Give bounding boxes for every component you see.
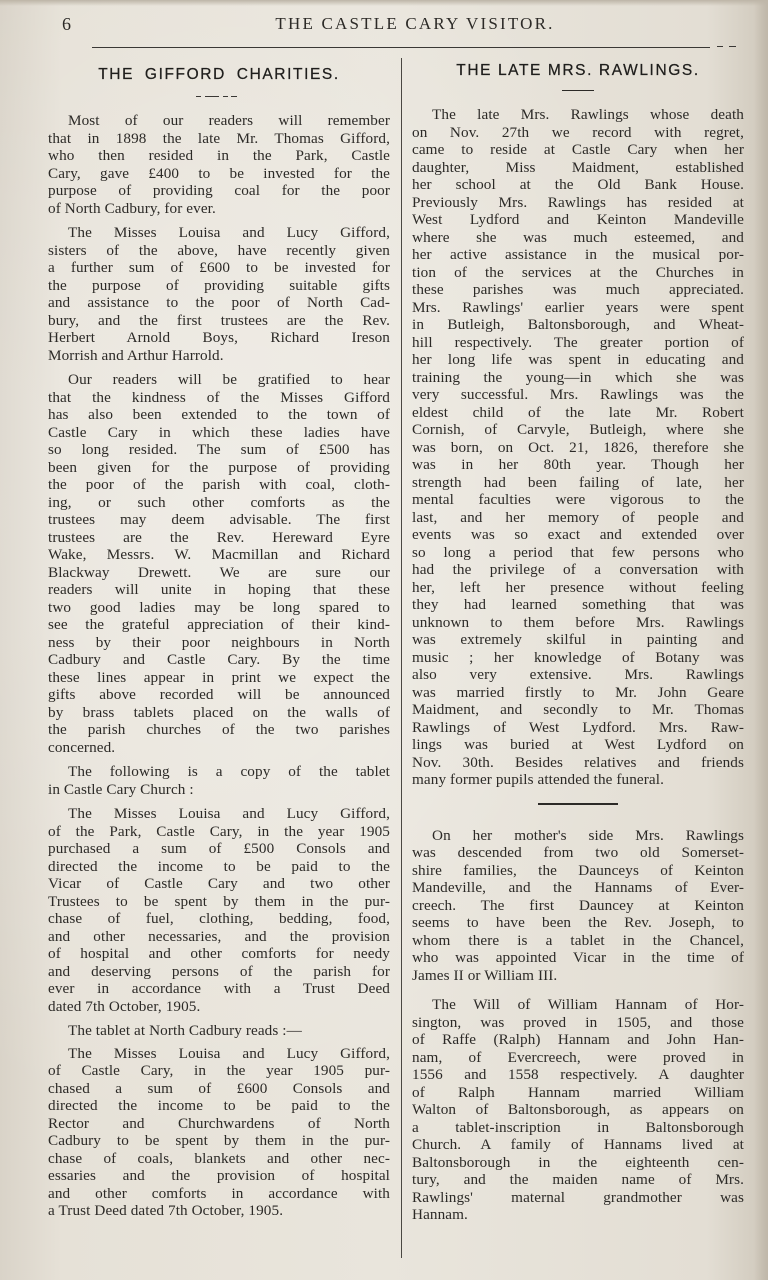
text-line: was descended from two old Somerset-	[412, 844, 744, 862]
article-title: THE LATE MRS. RAWLINGS.	[412, 62, 744, 80]
text-line: ever in accordance with a Trust Deed	[48, 980, 390, 998]
paragraph: The Misses Louisa and Lucy Gifford,of th…	[48, 805, 390, 1015]
scanned-page: 6 THE CASTLE CARY VISITOR. THE GIFFORD C…	[0, 0, 768, 1280]
header-rule	[92, 47, 710, 48]
text-line: Previously Mrs. Rawlings has resided at	[412, 194, 744, 212]
paragraph: Most of our readers will rememberthat in…	[48, 112, 390, 217]
text-line: Nov. 30th. Besides relatives and friends	[412, 754, 744, 772]
text-line: Mrs. Rawlings' earlier years were spent	[412, 299, 744, 317]
text-line: see the grateful appreciation of their k…	[48, 616, 390, 634]
text-line: Cadbury to be spent by them in the pur-	[48, 1132, 390, 1150]
text-line: Hannam.	[412, 1206, 744, 1224]
text-line: West Lydford and Keinton Mandeville	[412, 211, 744, 229]
article-gifford-charities: THE GIFFORD CHARITIES. Most of our reade…	[48, 62, 390, 1220]
text-line: events was so exact and extended over	[412, 526, 744, 544]
text-line: these parishes was much appreciated.	[412, 281, 744, 299]
text-line: the parish churches of the two parishes	[48, 721, 390, 739]
text-line: Church. A family of Hannams lived at	[412, 1136, 744, 1154]
text-line: creech. The first Dauncey at Keinton	[412, 897, 744, 915]
text-line: in Butleigh, Baltonsborough, and Wheat-	[412, 316, 744, 334]
text-line: of Castle Cary, in the year 1905 pur-	[48, 1062, 390, 1080]
title-ornament	[196, 92, 242, 102]
text-line: very successful. Mrs. Rawlings was the	[412, 386, 744, 404]
text-line: had the privilege of a conversation with	[412, 561, 744, 579]
text-line: concerned.	[48, 739, 390, 757]
text-line: that in 1898 the late Mr. Thomas Gifford…	[48, 130, 390, 148]
text-line: The late Mrs. Rawlings whose death	[412, 106, 744, 124]
text-line: The Misses Louisa and Lucy Gifford,	[48, 1045, 390, 1063]
header-rule-dash	[717, 46, 723, 47]
text-line: Rector and Churchwardens of North	[48, 1115, 390, 1133]
text-line: directed the income to be paid to the	[48, 1097, 390, 1115]
text-line: Cadbury and Castle Cary. By the time	[48, 651, 390, 669]
article-late-mrs-rawlings: THE LATE MRS. RAWLINGS. The late Mrs. Ra…	[412, 62, 744, 1224]
text-line: and other comforts in accordance with	[48, 1185, 390, 1203]
text-line: and other necessaries, and the provision	[48, 928, 390, 946]
text-line: Morrish and Arthur Harrold.	[48, 347, 390, 365]
text-line: many former pupils attended the funeral.	[412, 771, 744, 789]
text-line: Mandeville, and the Hannams of Ever-	[412, 879, 744, 897]
text-line: a Trust Deed dated 7th October, 1905.	[48, 1202, 390, 1220]
page-number: 6	[62, 14, 72, 35]
text-line: The Misses Louisa and Lucy Gifford,	[48, 805, 390, 823]
text-line: Herbert Arnold Boys, Richard Ireson	[48, 329, 390, 347]
text-line: purpose of providing coal for the poor	[48, 182, 390, 200]
text-line: On her mother's side Mrs. Rawlings	[412, 827, 744, 845]
text-line: ing, or such other comforts as the	[48, 494, 390, 512]
text-line: so long a period that few persons who	[412, 544, 744, 562]
text-line: last, and her memory of people and	[412, 509, 744, 527]
text-line: Trustees to be spent by them in the pur-	[48, 893, 390, 911]
text-line: unknown to them before Mrs. Rawlings	[412, 614, 744, 632]
text-line: The tablet at North Cadbury reads :—	[48, 1022, 390, 1040]
text-line: of Raffe (Ralph) Hannam and John Han-	[412, 1031, 744, 1049]
text-line: a tablet-inscription in Baltonsborough	[412, 1119, 744, 1137]
text-line: trustees may deem advisable. The first	[48, 511, 390, 529]
text-line: chased a sum of £600 Consols and	[48, 1080, 390, 1098]
text-line: the poor of the parish with coal, cloth-	[48, 476, 390, 494]
text-line: two good ladies may be long spared to	[48, 599, 390, 617]
paragraph: The Misses Louisa and Lucy Gifford,siste…	[48, 224, 390, 364]
text-line: daughter, Miss Maidment, established	[412, 159, 744, 177]
text-line: The Misses Louisa and Lucy Gifford,	[48, 224, 390, 242]
running-title: THE CASTLE CARY VISITOR.	[250, 14, 580, 34]
text-line: was married firstly to Mr. John Geare	[412, 684, 744, 702]
text-line: bury, and the first trustees are the Rev…	[48, 312, 390, 330]
article-body: Most of our readers will rememberthat in…	[48, 112, 390, 1220]
text-line: Wake, Messrs. W. Macmillan and Richard	[48, 546, 390, 564]
text-line: and deserving persons of the parish for	[48, 963, 390, 981]
article-title: THE GIFFORD CHARITIES.	[48, 66, 390, 84]
text-line: they had learned something that was	[412, 596, 744, 614]
text-line: purchased a sum of £500 Consols and	[48, 840, 390, 858]
text-line: Blackway Drewett. We are sure our	[48, 564, 390, 582]
text-line: whom there is a tablet in the Chancel,	[412, 932, 744, 950]
section-divider-rule	[538, 803, 618, 805]
text-line: been given for the purpose of providing	[48, 459, 390, 477]
text-line: readers will unite in hoping that these	[48, 581, 390, 599]
text-line: her school at the Old Bank House.	[412, 176, 744, 194]
paragraph: The late Mrs. Rawlings whose deathon Nov…	[412, 106, 744, 789]
text-line: came to reside at Castle Cary when her	[412, 141, 744, 159]
text-line: also very extensive. Mrs. Rawlings	[412, 666, 744, 684]
text-line: by brass tablets placed on the walls of	[48, 704, 390, 722]
text-line: strength had been failing of late, her	[412, 474, 744, 492]
text-line: essaries and the provision of hospital	[48, 1167, 390, 1185]
text-line: so long resided. The sum of £500 has	[48, 441, 390, 459]
text-line: who then resided in the Park, Castle	[48, 147, 390, 165]
text-line: Rawlings' maternal grandmother was	[412, 1189, 744, 1207]
text-line: her, left her presence without feeling	[412, 579, 744, 597]
text-line: 1556 and 1558 respectively. A daughter	[412, 1066, 744, 1084]
text-line: of the Park, Castle Cary, in the year 19…	[48, 823, 390, 841]
text-line: directed the income to be paid to the	[48, 858, 390, 876]
text-line: ness by their poor neighbours in North	[48, 634, 390, 652]
text-line: tury, and the maiden name of Mrs.	[412, 1171, 744, 1189]
text-line: Rawlings of West Lydford. Mrs. Raw-	[412, 719, 744, 737]
text-line: hill respectively. The greater portion o…	[412, 334, 744, 352]
text-line: Most of our readers will remember	[48, 112, 390, 130]
header-rule-dash	[729, 46, 736, 47]
text-line: her active assistance in the musical por…	[412, 246, 744, 264]
text-line: Walton of Baltonsborough, as appears on	[412, 1101, 744, 1119]
text-line: her long life was spent in educating and	[412, 351, 744, 369]
text-line: chase of coals, blankets and other nec-	[48, 1150, 390, 1168]
text-line: and assistance to the poor of North Cad-	[48, 294, 390, 312]
paragraph: The tablet at North Cadbury reads :—	[48, 1022, 390, 1040]
text-line: sisters of the above, have recently give…	[48, 242, 390, 260]
text-line: was born, on Oct. 21, 1826, therefore sh…	[412, 439, 744, 457]
text-line: Vicar of Castle Cary and two other	[48, 875, 390, 893]
text-line: dated 7th October, 1905.	[48, 998, 390, 1016]
text-line: Castle Cary in which these ladies have	[48, 424, 390, 442]
paragraph: On her mother's side Mrs. Rawlingswas de…	[412, 827, 744, 985]
text-line: on Nov. 27th we record with regret,	[412, 124, 744, 142]
text-line: shire families, the Daunceys of Keinton	[412, 862, 744, 880]
text-line: where she was much esteemed, and	[412, 229, 744, 247]
text-line: the purpose of providing suitable gifts	[48, 277, 390, 295]
text-line: of North Cadbury, for ever.	[48, 200, 390, 218]
text-line: in Castle Cary Church :	[48, 781, 390, 799]
text-line: training the young—in which she was	[412, 369, 744, 387]
text-line: that the kindness of the Misses Gifford	[48, 389, 390, 407]
text-line: eldest child of the late Mr. Robert	[412, 404, 744, 422]
text-line: has also been extended to the town of	[48, 406, 390, 424]
text-line: mental faculties were vigorous to the	[412, 491, 744, 509]
text-line: The Will of William Hannam of Hor-	[412, 996, 744, 1014]
text-line: who was appointed Vicar in the time of	[412, 949, 744, 967]
text-line: James II or William III.	[412, 967, 744, 985]
text-line: Cary, gave £400 to be invested for the	[48, 165, 390, 183]
text-line: chase of fuel, clothing, bedding, food,	[48, 910, 390, 928]
text-line: of hospital and other comforts for needy	[48, 945, 390, 963]
paragraph: The Misses Louisa and Lucy Gifford,of Ca…	[48, 1045, 390, 1220]
title-ornament	[562, 90, 594, 91]
text-line: gifts above recorded will be announced	[48, 686, 390, 704]
text-line: The following is a copy of the tablet	[48, 763, 390, 781]
text-line: was in her 80th year. Though her	[412, 456, 744, 474]
paragraph: Our readers will be gratified to heartha…	[48, 371, 390, 756]
text-line: music ; her knowledge of Botany was	[412, 649, 744, 667]
paragraph: The following is a copy of the tabletin …	[48, 763, 390, 798]
text-line: lings was buried at West Lydford on	[412, 736, 744, 754]
text-line: trustees are the Rev. Hereward Eyre	[48, 529, 390, 547]
text-line: a further sum of £600 to be invested for	[48, 259, 390, 277]
text-line: Baltonsborough in the eighteenth cen-	[412, 1154, 744, 1172]
article-body: The late Mrs. Rawlings whose deathon Nov…	[412, 106, 744, 1224]
paragraph: The Will of William Hannam of Hor-singto…	[412, 996, 744, 1224]
text-line: was extremely skilful in painting and	[412, 631, 744, 649]
text-line: Maidment, and secondly to Mr. Thomas	[412, 701, 744, 719]
text-line: these lines appear in print we expect th…	[48, 669, 390, 687]
text-line: sington, was proved in 1505, and those	[412, 1014, 744, 1032]
text-line: Cornish, of Carvyle, Butleigh, where she	[412, 421, 744, 439]
text-line: seems to have been the Rev. Joseph, to	[412, 914, 744, 932]
column-divider	[401, 58, 402, 1258]
text-line: tion of the services at the Churches in	[412, 264, 744, 282]
text-line: nam, of Evercreech, were proved in	[412, 1049, 744, 1067]
text-line: of Ralph Hannam married William	[412, 1084, 744, 1102]
text-line: Our readers will be gratified to hear	[48, 371, 390, 389]
